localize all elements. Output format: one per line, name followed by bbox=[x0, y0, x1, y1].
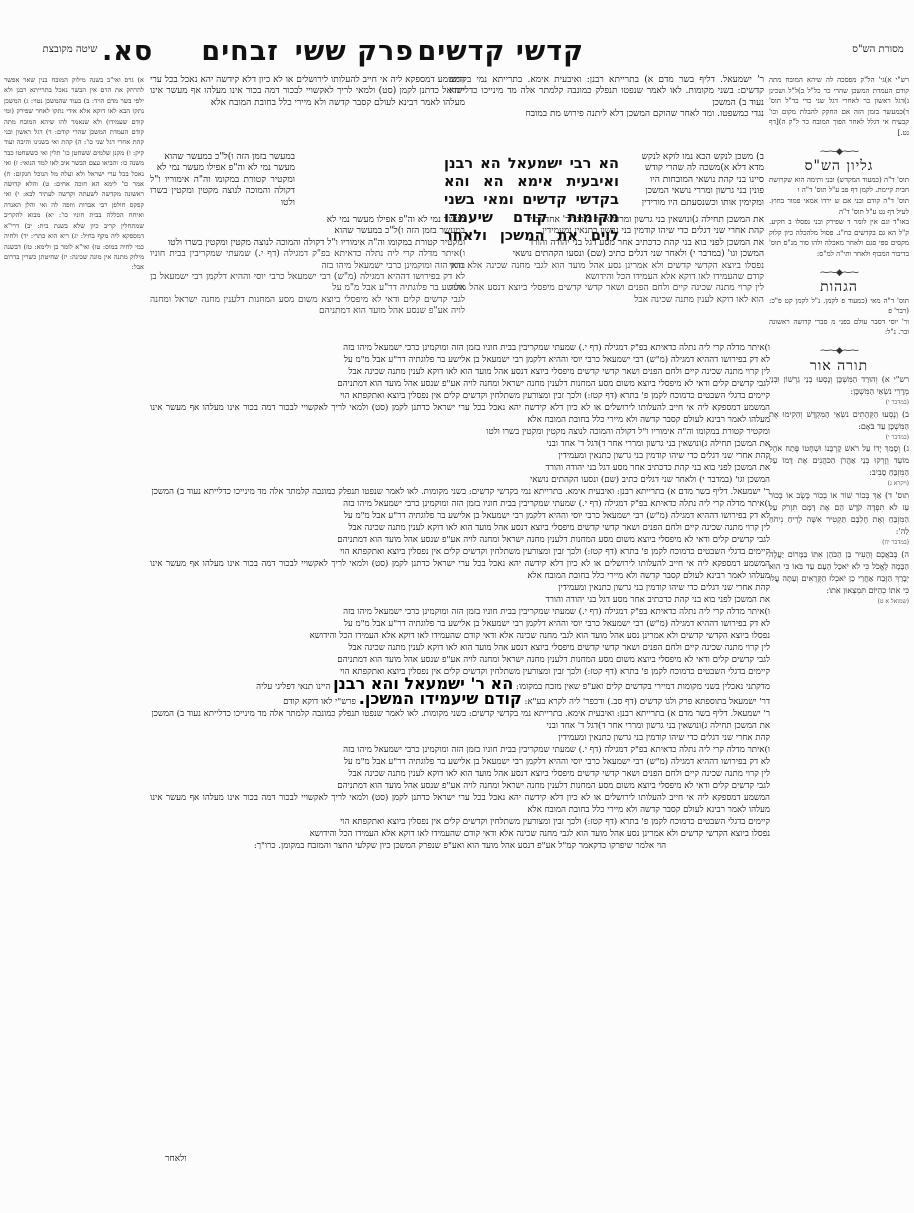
tosafot-line: לגבי קדשים קלים ודאי לא מיפסלי ביוצא משו… bbox=[150, 378, 770, 390]
tosafot-line: לגבי קדשים קלים ודאי לא מיפסלי ביוצא משו… bbox=[150, 534, 770, 546]
torah-or-verse: רש"י א) וְהוּרַד הַמִּשְׁכָּן וְנָסְעוּ … bbox=[769, 374, 909, 398]
ornament-divider: ⁓⁓◆⁓⁓ bbox=[769, 346, 909, 357]
verse-source: (במדבר י) bbox=[769, 433, 909, 444]
rashi-continuation: לין קרוי מתנה שכינה קיים ולחם הפנים ושאר… bbox=[449, 283, 764, 306]
tosafot-line: לא דק בפירושו דההיא דמגילה (מ"ש) רבי ישמ… bbox=[150, 756, 770, 768]
tosafot-line: לא דק בפירושו דההיא דמגילה (מ"ש) רבי ישמ… bbox=[150, 354, 770, 366]
gilyon-item: באו"ד וגם אין לומר ד שפירק ובני נפסלו ב … bbox=[769, 217, 909, 259]
dibur-hamatchil: קודם שיעמידו המשכן. bbox=[359, 689, 522, 708]
tosafot-wide: ו)איתר מדלה קרי ליה נתלה כדאיתא בפ"ק דמג… bbox=[150, 342, 770, 1132]
tosafot-line: ו)איתר מדלה קרי ליה נתלה כדאיתא בפ"ק דמג… bbox=[150, 249, 465, 272]
verse-source: (ויקרא ג) bbox=[769, 479, 909, 490]
rashi-line: פונין בני גרשון ומררי נושאי המשכן bbox=[624, 186, 764, 197]
tosafot-line: המשכן וגו' (במדבר י) ולאחר שני דגלים כתי… bbox=[150, 474, 770, 486]
tosafot-line: ומקטיר קטורת במקומו וה"ה אימוריו ו"ל דקו… bbox=[150, 426, 770, 438]
gilyon-item: תוס' ד"ה קודם ובני אם ש ירדו אמאי פמור ב… bbox=[769, 196, 909, 217]
tosafot-line: לגבי קדשים קלים ודאי לא מיפסלי ביוצא משו… bbox=[150, 295, 465, 318]
tosafot-line: לא דק בפירושו דההיא דמגילה (מ"ש) רבי ישמ… bbox=[150, 510, 770, 522]
tosafot-line: ר' ישמעאל. דליף בשר מדם א) בתרייתא רבנן:… bbox=[150, 486, 770, 498]
shitah-mekubetzet-text: א) גרס ואי"ב בשנה מילוק המובח בנין שאר א… bbox=[4, 75, 144, 273]
tosafot-line: המשמע דמספקא ליה אי חייב להעלותו לירושלי… bbox=[150, 402, 770, 426]
verse-source: (במדבר יח) bbox=[769, 538, 909, 549]
tosafot-top: המשמע דמספקא ליה אי חייב להעלותו לירושלי… bbox=[150, 75, 465, 150]
shitah-mekubetzet-label: שיטה מקובצת bbox=[40, 44, 100, 55]
tosafot-line: ומקטיר קטורת במקומו וה"ה אימוריו ו"ל דקו… bbox=[150, 238, 465, 249]
chapter-title: פרק ששי bbox=[295, 38, 414, 66]
tosafot-line: ו)איתר מדלה קרי ליה נתלה כדאיתא בפ"ק דמג… bbox=[150, 606, 770, 618]
rashi-line: סיינו בני קהת נושאי המובחות היו bbox=[624, 175, 764, 186]
tosafot-line: קהת אחרי שני דגלים כדי שיהו קודמין בני ג… bbox=[150, 732, 770, 744]
verse-source: (שמואל א ט) bbox=[769, 597, 909, 608]
tosafot-line: את המשכן לפני בוא בני קהת כדכתיב אחר מסע… bbox=[150, 462, 770, 474]
ornament-divider: ⁓⁓◆⁓⁓ bbox=[769, 147, 909, 158]
tosafot-line: לגבי קדשים קלים ודאי לא מיפסלי ביוצא משו… bbox=[150, 654, 770, 666]
torah-or-verse: ג) וְסָמַךְ יָדוֹ עַל רֹאשׁ קָרְבָּנוֹ ו… bbox=[769, 443, 909, 479]
tosafot-line: נפסלו ביוצא הקדשי קדשים ולא אמרינן נסע א… bbox=[150, 630, 770, 642]
mesoret-hashas-label: מסורת הש"ס bbox=[848, 44, 908, 55]
tosafot-line: את המשכן לפני בוא בני קהת כדכתיב אחר מסע… bbox=[150, 594, 770, 606]
hagahot-item: ור' יוסי דסבר עולם בפני מ סברי קדושה ראש… bbox=[769, 317, 909, 338]
torah-or-title: תורה אור bbox=[769, 361, 909, 372]
left-sidebar-shitah: א) גרס ואי"ב בשנה מילוק המובח בנין שאר א… bbox=[4, 75, 144, 645]
gemara-line: נגדי כמשפטו. ומד לאחר שהוקם המשכן דלא לי… bbox=[449, 109, 764, 120]
torah-or-verse: תוס' ד) אַךְ בְּכוֹר שׁוֹר אוֹ בְכוֹר כֶ… bbox=[769, 490, 909, 538]
section-title: קדשי קדשים bbox=[417, 38, 584, 66]
torah-or-verse: ה) בְּבֹאֲכֶם וְהָעִיר בֵּן הַכֹּהֵן אִת… bbox=[769, 549, 909, 597]
tosafot-line: לין קרוי מתנה שכינה קיים ולחם הפנים ושאר… bbox=[150, 768, 770, 780]
verse-source: (במדבר י) bbox=[769, 398, 909, 409]
tosafot-opening: המשמע דמספקא ליה אי חייב להעלותו לירושלי… bbox=[150, 75, 465, 109]
mesoret-hashas-notes: רש"י א)גי' הל"ק מפסכה לה שיהא המובח מתה … bbox=[769, 75, 909, 139]
tosafot-mid: מעשר נמי לא וה"פ אפילו מעשר נמי לא במעשר… bbox=[150, 215, 465, 340]
tosafot-line: לא דק בפירושו דההיא דמגילה (מ"ש) רבי ישמ… bbox=[150, 618, 770, 630]
tosafot-line: ומקטיר קטורת במקומו וה"ה אימוריו ו"ל דקו… bbox=[150, 175, 295, 209]
tosafot-line: ו)איתר מדלה קרי ליה נתלה כדאיתא בפ"ק דמג… bbox=[150, 498, 770, 510]
tosafot-line-text: דר' ישמעאל בתוספתא פרק ולגו קדשים (דף סב… bbox=[524, 697, 770, 707]
tosafot-line-text: היינו תנאי דפליגי עליה bbox=[256, 682, 330, 692]
rashi-line: המשכן וגו' (במדבר י) ולאחר שני דגלים כתי… bbox=[449, 249, 764, 260]
ornament-divider: ⁓⁓◆⁓⁓ bbox=[769, 268, 909, 279]
tosafot-left-narrow: במעשר בזמן הזה ו)ל"כ במעשר שהוא מעשר נמי… bbox=[150, 152, 295, 212]
tosafot-line: במעשר בזמן הזה ו)ל"כ במעשר שהוא bbox=[150, 226, 465, 237]
rashi-line: מדא דלא א)משכה לה שהרי קודש bbox=[624, 163, 764, 174]
tosafot-line: קיימים בדגלי השבטים כדמוכח לקמן פ' בתרא … bbox=[150, 816, 770, 828]
tosafot-line: המשמע דמספקא ליה אי חייב להעלותו לירושלי… bbox=[150, 558, 770, 582]
tosafot-closing: הוי אלמר שיפרקו כדקאמר קמ"ל אע"פ דנסע אה… bbox=[150, 840, 770, 852]
catchword: ולאחר bbox=[165, 1153, 187, 1164]
tractate-title: זבחים bbox=[201, 38, 279, 66]
page-header: מסורת הש"ס קדשי קדשים פרק ששי זבחים סא. … bbox=[0, 38, 914, 68]
gilyon-hashas-title: גליון הש"ס bbox=[769, 161, 909, 172]
tosafot-line: לין קרוי מתנה שכינה קיים ולחם הפנים ושאר… bbox=[150, 522, 770, 534]
rashi-continuation: נפסלו ביוצא הקדשי קדשים ולא אמרינן נסע א… bbox=[449, 261, 764, 284]
tosafot-line: ו)איתר מדלה קרי ליה נתלה כדאיתא בפ"ק דמג… bbox=[150, 342, 770, 354]
tosafot-line: את המשכן תחילה ג)ונושאין בני גרשון ומררי… bbox=[150, 720, 770, 732]
tosafot-line-text: פרש"י לאו דוקא קודם bbox=[283, 697, 356, 707]
tosafot-line: מעשר נמי לא וה"פ אפילו מעשר נמי לא bbox=[150, 163, 295, 174]
tosafot-line: לין קרוי מתנה שכינה קיים ולחם הפנים ושאר… bbox=[150, 642, 770, 654]
tosafot-line: קהת אחרי שני דגלים כדי שיהו קודמין בני ג… bbox=[150, 582, 770, 594]
rashi-line: ב) משכן לנקש הכא נמו לוקא לנקש bbox=[624, 152, 764, 163]
tosafot-line-text: מדקתני נאכלין בשני מקומות דמיירי בקדשים … bbox=[516, 682, 770, 692]
tosafot-line: קיימים בדגלי השבטים כדמוכח לקמן פ' בתרא … bbox=[150, 546, 770, 558]
tosafot-line: לין קרוי מתנה שכינה קיים ולחם הפנים ושאר… bbox=[150, 366, 770, 378]
right-sidebar: רש"י א)גי' הל"ק מפסכה לה שיהא המובח מתה … bbox=[769, 75, 909, 1135]
tosafot-line: נפסלו ביוצא הקדשי קדשים ולא אמרינן נסע א… bbox=[150, 828, 770, 840]
mishna-text: הא רבי ישמעאל הא רבנן ואיבעית אימא הא וה… bbox=[444, 155, 619, 245]
tosafot-line: במעשר בזמן הזה ו)ל"כ במעשר שהוא bbox=[150, 152, 295, 163]
tosafot-line: לגבי קדשים קלים ודאי לא מיפסלי ביוצא משו… bbox=[150, 780, 770, 792]
folio-number: סא. bbox=[102, 38, 153, 66]
tosafot-line: ו)איתר מדלה קרי ליה נתלה כדאיתא בפ"ק דמג… bbox=[150, 744, 770, 756]
tosafot-line: מעשר נמי לא וה"פ אפילו מעשר נמי לא bbox=[150, 215, 465, 226]
tosafot-line: קהת אחרי שני דגלים כדי שיהו קודמין בני ג… bbox=[150, 450, 770, 462]
hagahot-item: תוס' ד"ה מאי (כמעוד פ לקמן. נ"ל לקמן קט … bbox=[769, 296, 909, 317]
tosafot-line: קיימים בדגלי השבטים כדמוכח לקמן פ' בתרא … bbox=[150, 390, 770, 402]
rashi-upper: ב) משכן לנקש הכא נמו לוקא לנקש מדא דלא א… bbox=[624, 152, 764, 212]
torah-or-verse: ב) וְנָסְעוּ הַקְּהָתִים נֹשְׂאֵי הַמִּק… bbox=[769, 409, 909, 433]
gilyon-item: תוס' ד"ה (כמעוד המקדש) ובני ותימה הוא שק… bbox=[769, 175, 909, 196]
gemara-opening-text: ר' ישמעאל. דליף בשר מדם א) בתרייתא רבנן:… bbox=[449, 75, 764, 109]
tosafot-line: לא דק בפירושו דההיא דמגילה (מ"ש) רבי ישמ… bbox=[150, 272, 465, 295]
hagahot-title: הגהות bbox=[769, 282, 909, 293]
tosafot-line: דר' ישמעאל בתוספתא פרק ולגו קדשים (דף סב… bbox=[150, 693, 770, 708]
rashi-line: ומקימין אותו וכשנסעתם היו מורידין bbox=[624, 198, 764, 209]
tosafot-line: את המשכן תחילה ג)ונושאין בני גרשון ומררי… bbox=[150, 438, 770, 450]
gemara-opening: ר' ישמעאל. דליף בשר מדם א) בתרייתא רבנן:… bbox=[449, 75, 764, 150]
tosafot-line: ר' ישמעאל. דליף בשר מדם א) בתרייתא רבנן:… bbox=[150, 708, 770, 720]
tosafot-line: המשמע דמספקא ליה אי חייב להעלותו לירושלי… bbox=[150, 792, 770, 816]
